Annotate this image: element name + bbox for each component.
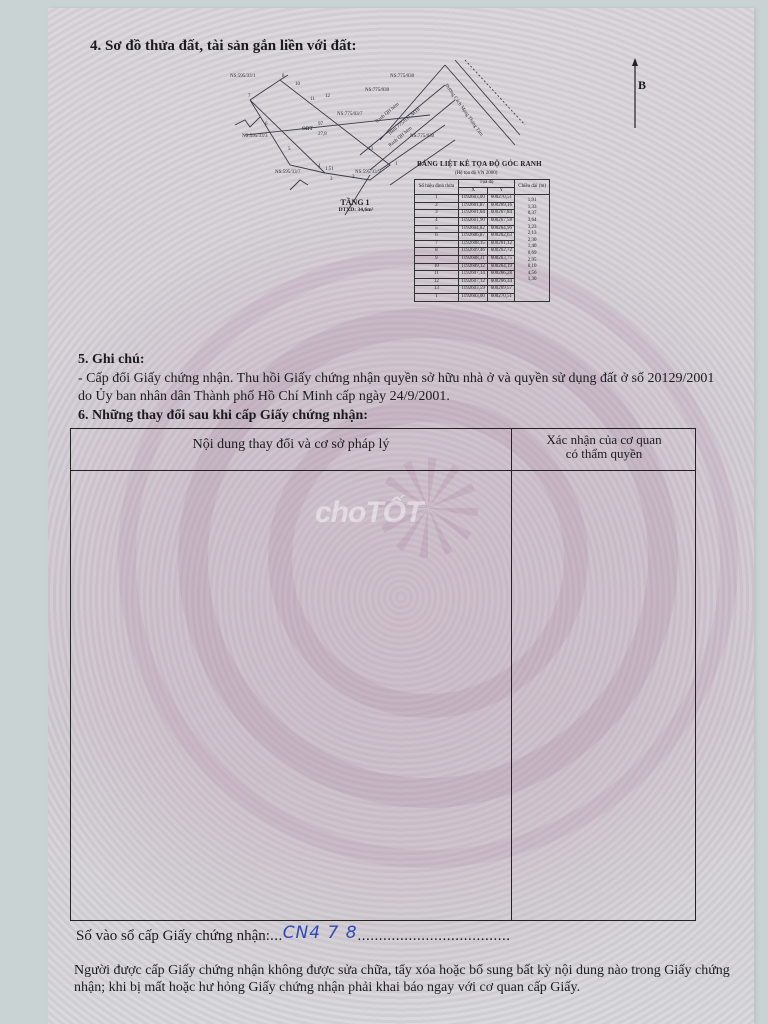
svg-text:10: 10 (295, 82, 301, 87)
header-coord: Tọa độ (458, 180, 514, 188)
registry-dots-before: ... (270, 928, 283, 944)
coord-cell-y: 600262,63 (488, 233, 515, 241)
coord-cell-x: 1192603,59 (458, 286, 488, 294)
coord-cell-y: 600264,96 (488, 225, 515, 233)
svg-text:11: 11 (310, 97, 315, 102)
length-value: 3,23 (515, 225, 549, 232)
coord-cell-y: 600266,28 (488, 271, 515, 279)
floor-area: DTXD: 34,6m² (330, 207, 382, 213)
registry-dots-after: .................................... (358, 928, 511, 944)
svg-text:5: 5 (288, 147, 291, 152)
svg-text:NS:595/33/3: NS:595/33/3 (242, 134, 268, 139)
svg-text:3: 3 (330, 177, 333, 182)
coord-cell-point: 8 (415, 248, 459, 256)
coord-cell-x: 1192609,12 (458, 263, 488, 271)
chotot-watermark: choTỐT (315, 496, 422, 530)
svg-text:NS:775/030: NS:775/030 (390, 74, 415, 79)
coord-cell-y: 600269,16 (488, 202, 515, 210)
coord-cell-y: 600261,12 (488, 240, 515, 248)
svg-text:97: 97 (318, 122, 324, 127)
coord-cell-point: 11 (415, 271, 459, 279)
coord-cell-point: 4 (415, 217, 459, 225)
length-value: 1,40 (515, 244, 549, 251)
svg-text:1,51: 1,51 (325, 167, 334, 172)
coord-cell-x: 1192607,14 (458, 271, 488, 279)
svg-text:12: 12 (325, 94, 331, 99)
coord-cell-point: 2 (415, 202, 459, 210)
svg-text:NS:595/33/1: NS:595/33/1 (230, 74, 256, 79)
coord-lengths: 1,911,330,373,643,232,132,301,400,692,95… (515, 195, 550, 301)
north-arrow-icon (620, 58, 650, 128)
coord-cell-point: 12 (415, 278, 459, 286)
coord-cell-y: 600263,75 (488, 255, 515, 263)
coord-cell-x: 1192601,64 (458, 210, 488, 218)
north-label: B (638, 78, 646, 93)
coord-cell-x: 1192601,90 (458, 217, 488, 225)
section-5-note: - Cấp đổi Giấy chứng nhận. Thu hồi Giấy … (78, 370, 718, 406)
coord-cell-y: 600264,19 (488, 263, 515, 271)
col2-header-line2: có thẩm quyền (513, 447, 695, 461)
length-value: 2,30 (515, 238, 549, 245)
coord-cell-x: 1192608,15 (458, 240, 488, 248)
coord-cell-point: 1 (415, 195, 459, 203)
coord-table-title: BẢNG LIỆT KÊ TỌA ĐỘ GÓC RANH (417, 160, 542, 168)
svg-text:ODT: ODT (302, 127, 314, 132)
coord-cell-y: 600266,34 (488, 278, 515, 286)
warning-notice: Người được cấp Giấy chứng nhận không đượ… (74, 962, 734, 996)
svg-text:NS:595/33/9: NS:595/33/9 (355, 170, 381, 175)
column-divider (511, 429, 512, 920)
length-value: 4,56 (515, 271, 549, 278)
registry-handwritten-value: CN4 7 8 (283, 923, 358, 943)
coord-cell-point: 5 (415, 225, 459, 233)
coord-cell-point: 6 (415, 233, 459, 241)
coord-cell-y: 600269,57 (488, 286, 515, 294)
coord-cell-point: 3 (415, 210, 459, 218)
svg-text:Đường Cách Mạng Tháng Tám: Đường Cách Mạng Tháng Tám (443, 83, 483, 137)
coord-cell-y: 600262,72 (488, 248, 515, 256)
coord-cell-x: 1192604,82 (458, 225, 488, 233)
length-value: 1,91 (515, 198, 549, 205)
svg-text:27,8: 27,8 (318, 132, 327, 137)
coord-cell-x: 1192601,87 (458, 202, 488, 210)
coord-table: Số hiệu đỉnh thửa Tọa độ Chiều dài (m) X… (414, 179, 550, 302)
svg-text:NS:595/33/7: NS:595/33/7 (275, 170, 301, 175)
svg-text:NS:775/030: NS:775/030 (410, 134, 435, 139)
floor-label: TẦNG 1 (335, 198, 375, 207)
coord-cell-point: 10 (415, 263, 459, 271)
coord-cell-y: 600267,84 (488, 210, 515, 218)
length-value: 1,30 (515, 277, 549, 284)
coord-cell-point: 13 (415, 286, 459, 294)
coord-cell-point: 9 (415, 255, 459, 263)
header-y: Y (488, 187, 515, 195)
length-value: 0,10 (515, 264, 549, 271)
coord-cell-x: 1192607,12 (458, 278, 488, 286)
coord-cell-y: 600267,58 (488, 217, 515, 225)
coord-cell-y: 600270,51 (488, 293, 515, 301)
coord-cell-x: 1192603,00 (458, 195, 488, 203)
registry-number-line: Số vào sổ cấp Giấy chứng nhận:...CN4 7 8… (76, 925, 511, 945)
svg-text:13: 13 (368, 147, 374, 152)
coord-cell-point: 1 (415, 293, 459, 301)
length-value: 3,64 (515, 218, 549, 225)
header-length: Chiều dài (m) (515, 180, 550, 195)
header-divider (71, 470, 695, 471)
coord-row: 11192603,00600270,511,911,330,373,643,23… (415, 195, 550, 203)
length-value: 0,37 (515, 211, 549, 218)
section-6-title: 6. Những thay đổi sau khi cấp Giấy chứng… (78, 408, 368, 424)
section-4-title: 4. Sơ đồ thửa đất, tài sản gắn liền với … (90, 38, 357, 55)
length-value: 2,95 (515, 258, 549, 265)
col2-header-line1: Xác nhận của cơ quan (513, 433, 695, 447)
coord-cell-x: 1192606,87 (458, 233, 488, 241)
coord-cell-x: 1192603,00 (458, 293, 488, 301)
registry-label: Số vào sổ cấp Giấy chứng nhận: (76, 928, 270, 944)
length-value: 2,13 (515, 231, 549, 238)
changes-col2-header: Xác nhận của cơ quan có thẩm quyền (513, 433, 695, 461)
length-value: 1,33 (515, 205, 549, 212)
section-5-title: 5. Ghi chú: (78, 352, 145, 368)
coord-cell-point: 7 (415, 240, 459, 248)
svg-text:6: 6 (265, 122, 268, 127)
changes-col1-header: Nội dung thay đổi và cơ sở pháp lý (71, 437, 511, 453)
svg-text:NS:775/030: NS:775/030 (365, 88, 390, 93)
header-point: Số hiệu đỉnh thửa (415, 180, 459, 195)
svg-text:NS:775/03/7: NS:775/03/7 (337, 112, 363, 117)
coord-table-subtitle: (Hệ tọa độ VN 2000) (455, 171, 497, 176)
svg-text:7: 7 (248, 94, 251, 99)
length-value: 0,69 (515, 251, 549, 258)
coord-cell-x: 1192609,46 (458, 248, 488, 256)
coord-cell-y: 600270,51 (488, 195, 515, 203)
header-x: X (458, 187, 488, 195)
svg-text:1: 1 (395, 162, 398, 167)
svg-text:8: 8 (282, 74, 285, 79)
coord-cell-x: 1192608,31 (458, 255, 488, 263)
